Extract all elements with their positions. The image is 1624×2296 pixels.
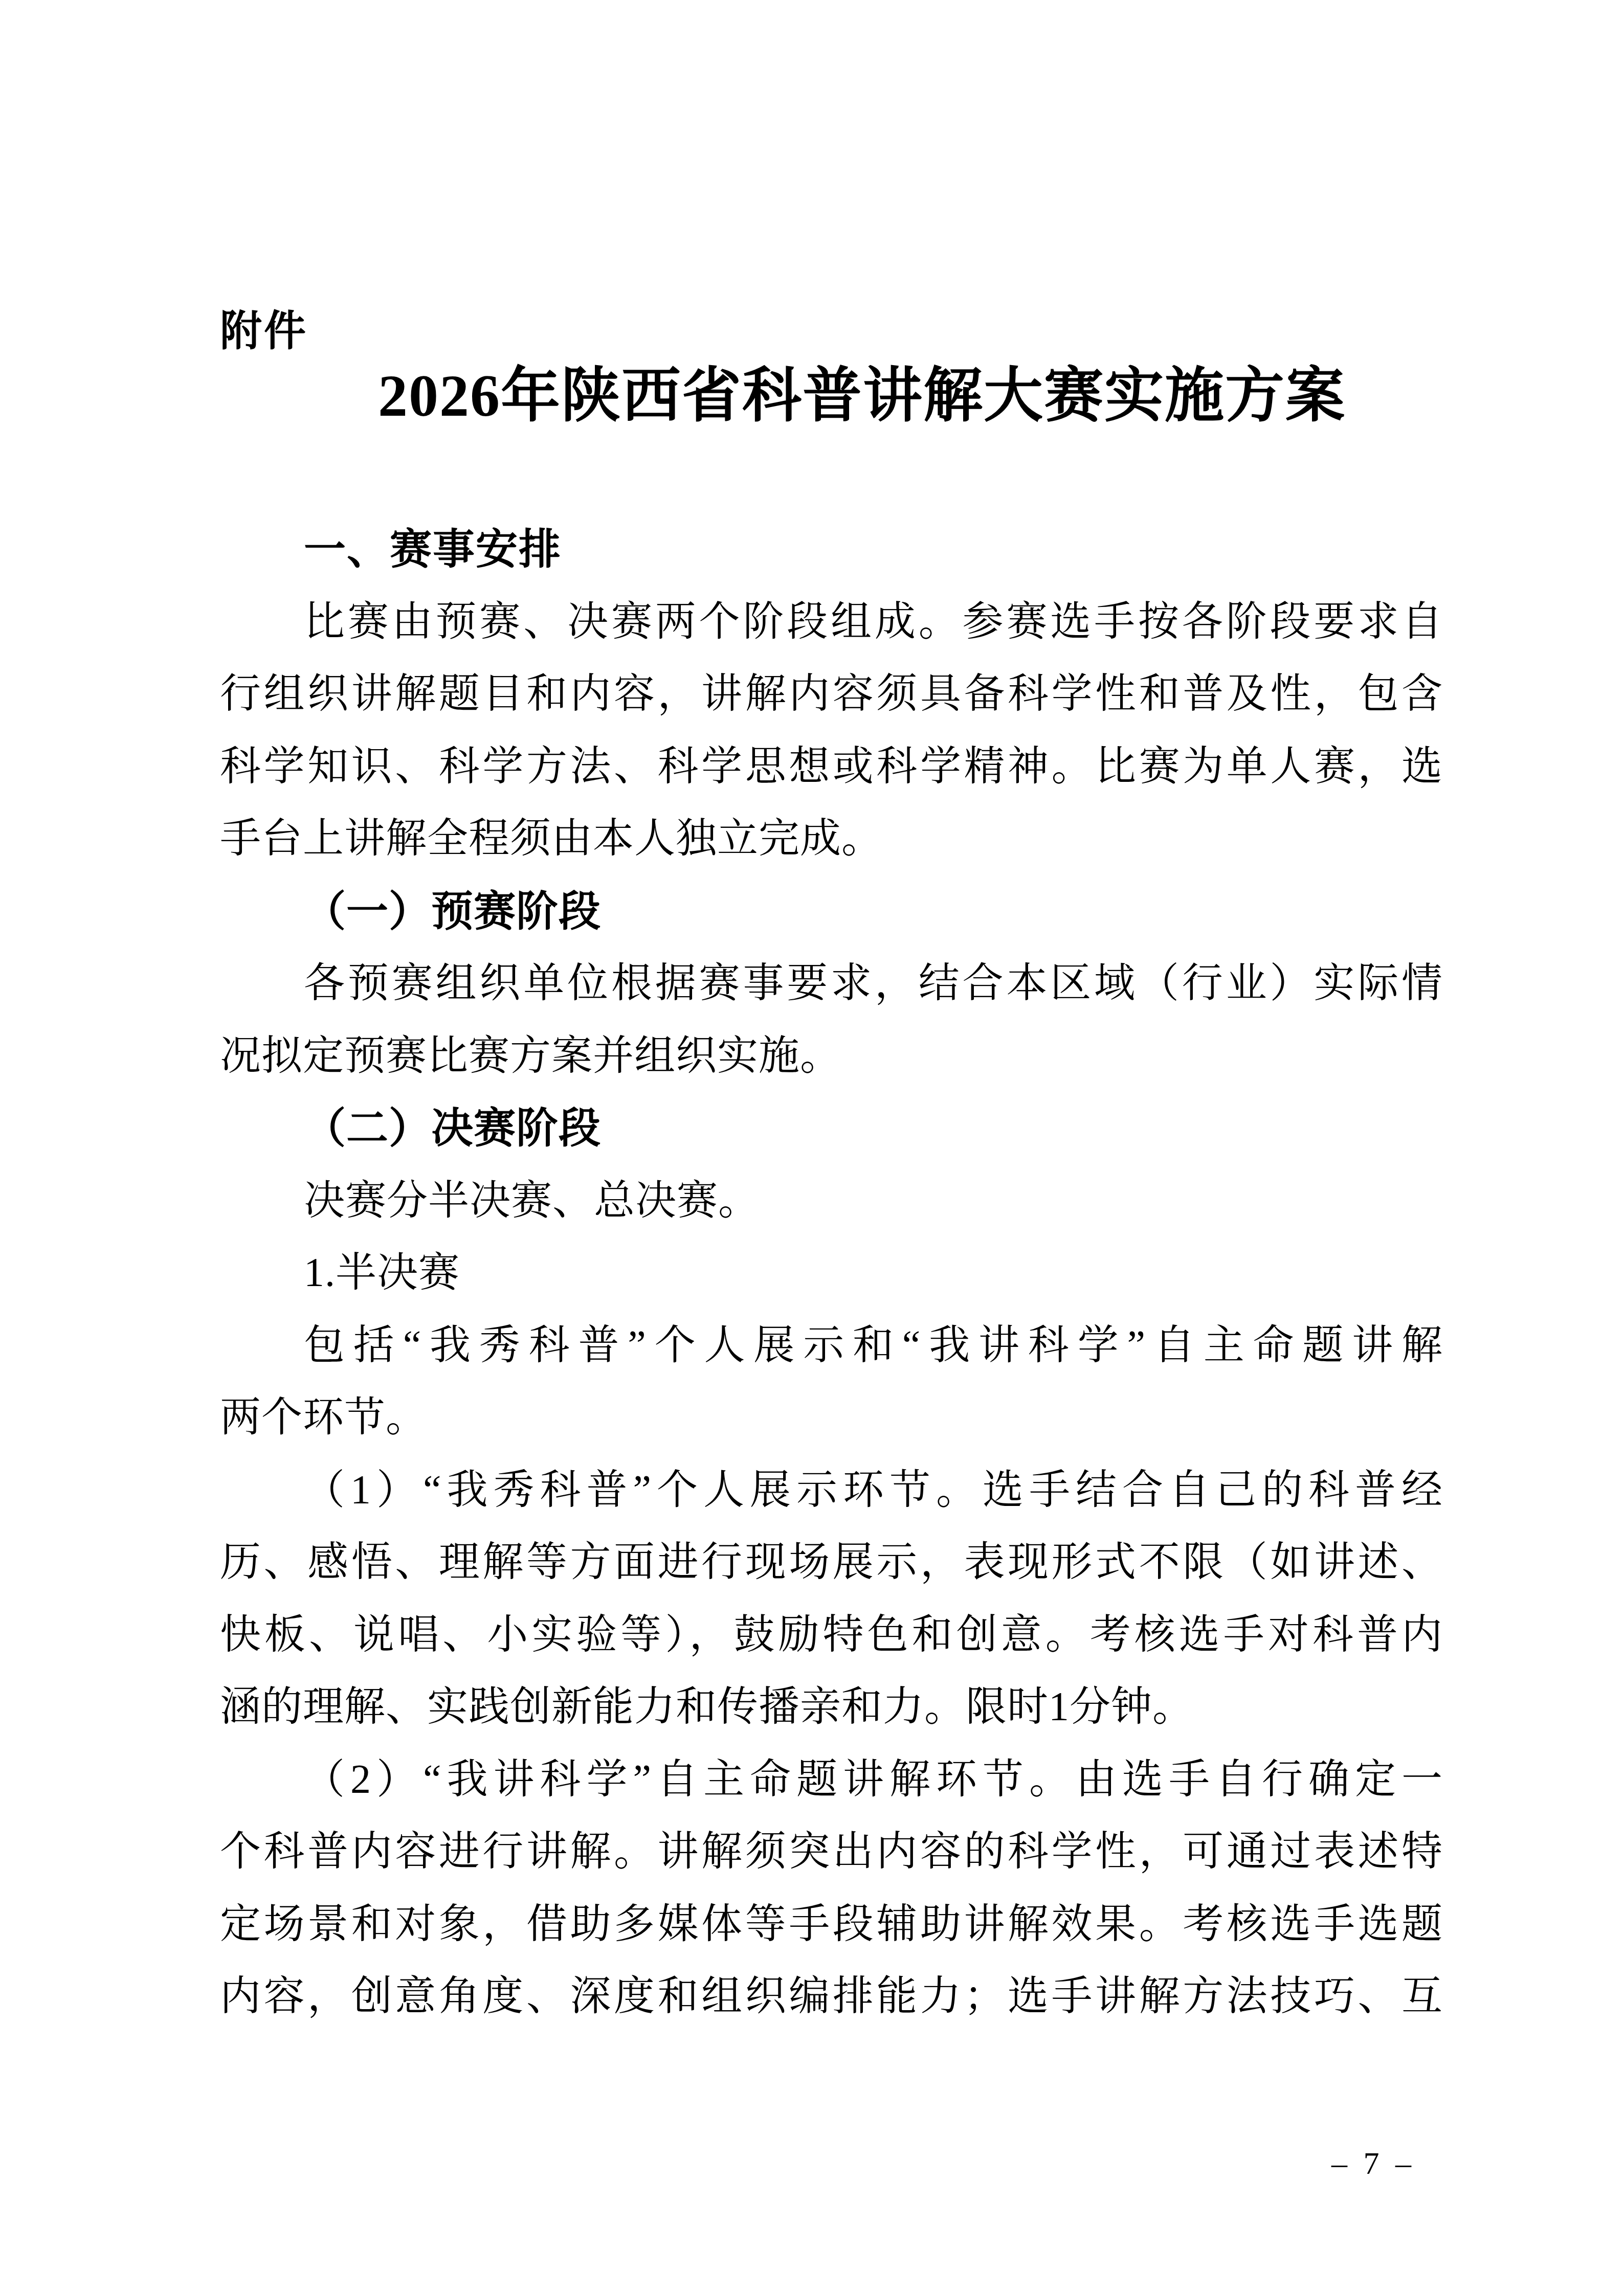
paragraph-line: 两个环节。: [220, 1382, 1442, 1454]
attachment-label: 附件: [220, 306, 308, 357]
paragraph-line: （2）“我讲科学”自主命题讲解环节。由选手自行确定一: [220, 1744, 1442, 1816]
paragraph-line: （1）“我秀科普”个人展示环节。选手结合自己的科普经: [220, 1454, 1442, 1527]
paragraph-line: 各预赛组织单位根据赛事要求，结合本区域（行业）实际情: [220, 948, 1442, 1020]
document-body: 一、赛事安排 比赛由预赛、决赛两个阶段组成。参赛选手按各阶段要求自 行组织讲解题…: [220, 513, 1442, 2033]
document-title: 2026年陕西省科普讲解大赛实施方案: [251, 358, 1473, 435]
paragraph-line: 决赛分半决赛、总决赛。: [220, 1165, 1442, 1237]
numbered-heading: 1.半决赛: [220, 1237, 1442, 1310]
subsection-heading: （一）预赛阶段: [220, 875, 1442, 948]
paragraph-line: 内容，创意角度、深度和组织编排能力；选手讲解方法技巧、互: [220, 1961, 1442, 2033]
paragraph-line: 个科普内容进行讲解。讲解须突出内容的科学性，可通过表述特: [220, 1816, 1442, 1888]
document-page: 附件 2026年陕西省科普讲解大赛实施方案 一、赛事安排 比赛由预赛、决赛两个阶…: [0, 0, 1624, 2296]
paragraph-line: 快板、说唱、小实验等），鼓励特色和创意。考核选手对科普内: [220, 1599, 1442, 1672]
paragraph-line: 手台上讲解全程须由本人独立完成。: [220, 803, 1442, 875]
paragraph-line: 历、感悟、理解等方面进行现场展示，表现形式不限（如讲述、: [220, 1526, 1442, 1599]
paragraph-line: 况拟定预赛比赛方案并组织实施。: [220, 1020, 1442, 1093]
section-heading: 一、赛事安排: [220, 513, 1442, 586]
paragraph-line: 科学知识、科学方法、科学思想或科学精神。比赛为单人赛，选: [220, 731, 1442, 803]
subsection-heading: （二）决赛阶段: [220, 1092, 1442, 1165]
paragraph-line: 行组织讲解题目和内容，讲解内容须具备科学性和普及性，包含: [220, 658, 1442, 731]
paragraph-line: 涵的理解、实践创新能力和传播亲和力。限时1分钟。: [220, 1671, 1442, 1744]
paragraph-line: 比赛由预赛、决赛两个阶段组成。参赛选手按各阶段要求自: [220, 586, 1442, 659]
page-number: – 7 –: [1315, 2141, 1432, 2187]
paragraph-line: 定场景和对象，借助多媒体等手段辅助讲解效果。考核选手选题: [220, 1888, 1442, 1961]
paragraph-line: 包括“我秀科普”个人展示和“我讲科学”自主命题讲解: [220, 1310, 1442, 1382]
